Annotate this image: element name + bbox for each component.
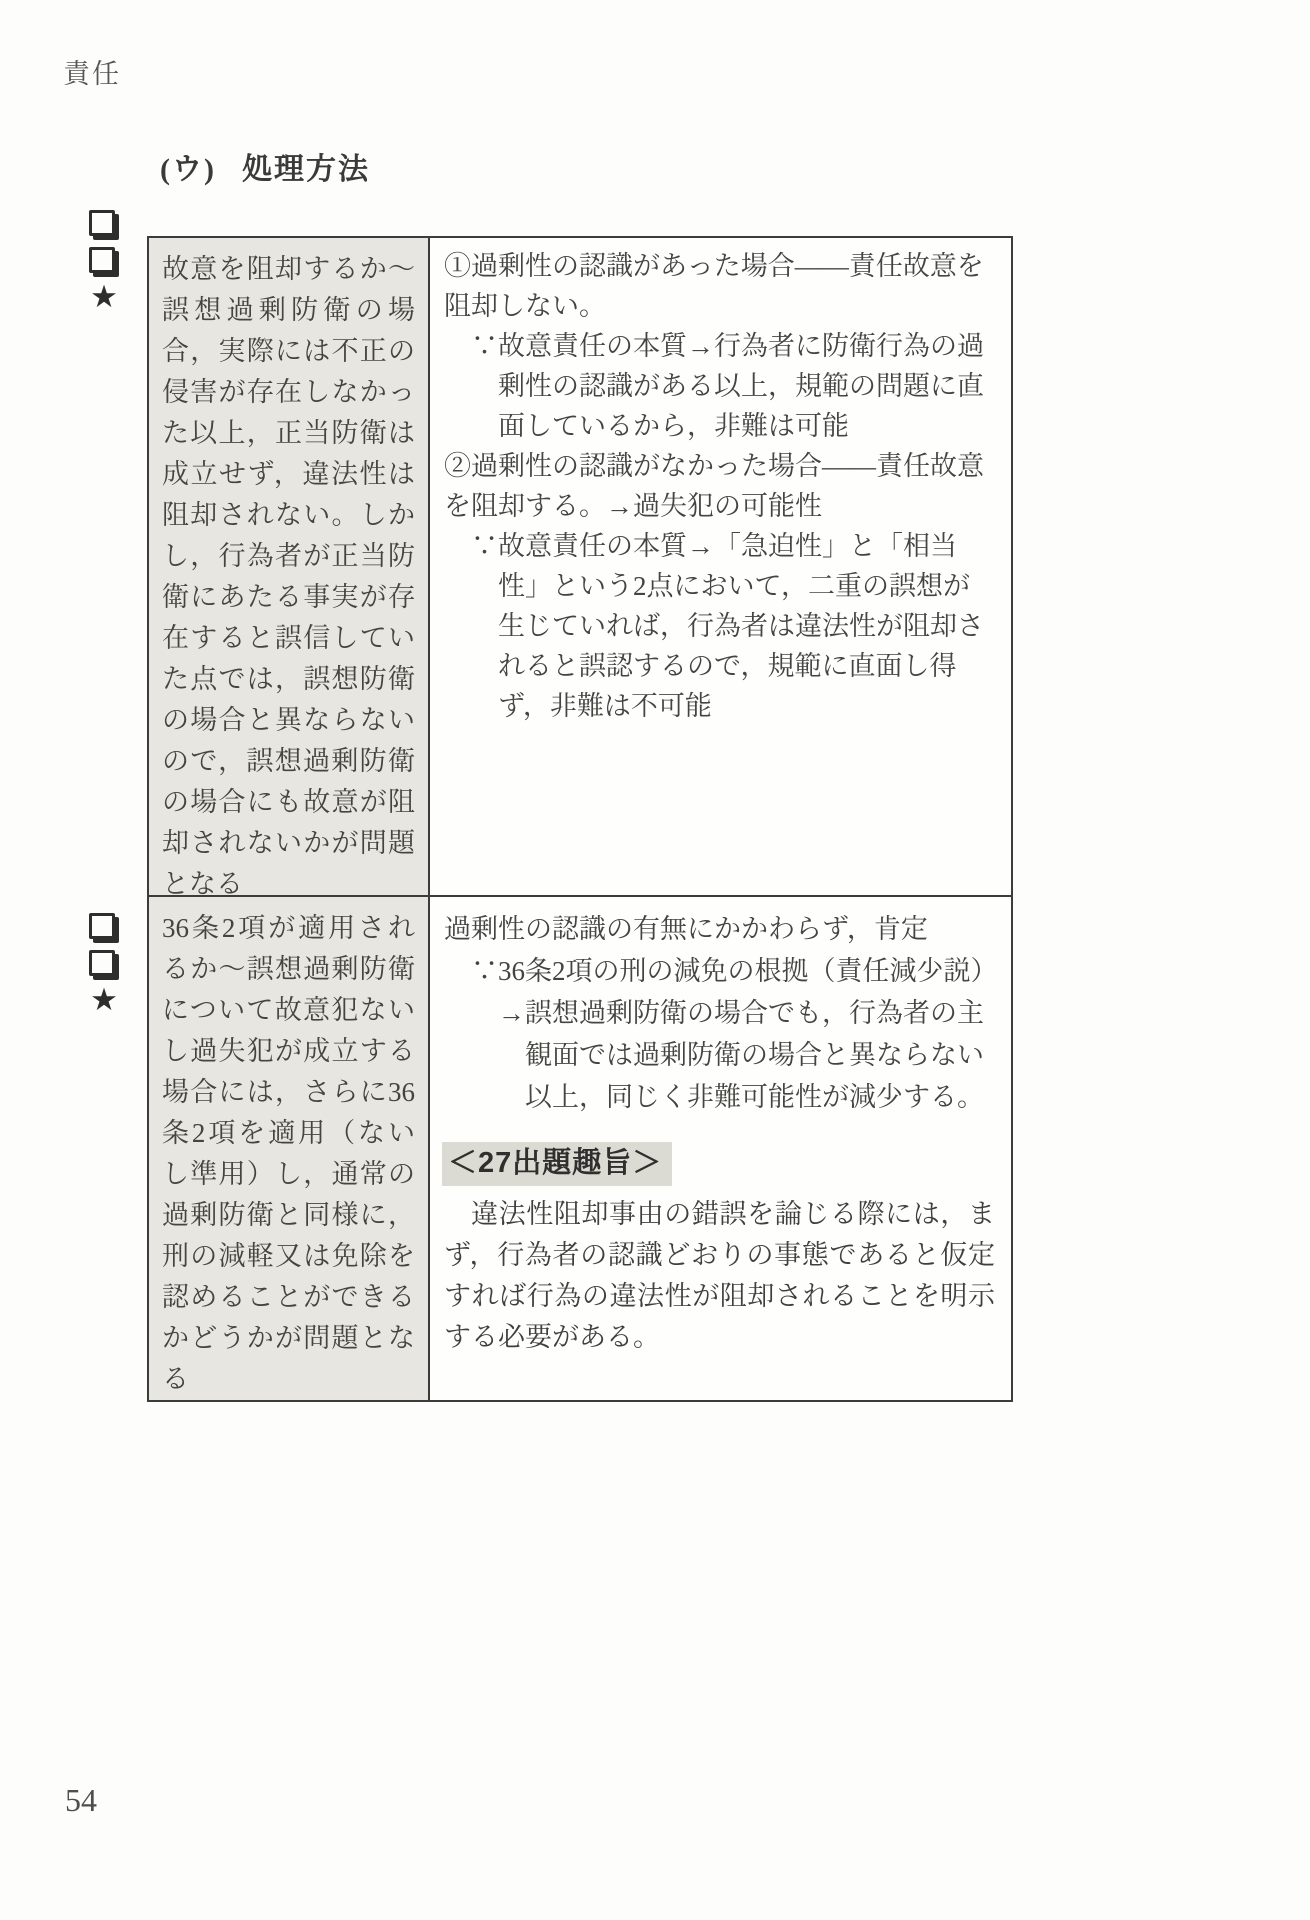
page-header: 責任	[63, 52, 121, 91]
analysis-line: ∵故意責任の本質→「急迫性」と「相当性」という2点において，二重の誤想が生じてい…	[444, 526, 995, 726]
analysis-line: ①過剰性の認識があった場合——責任故意を阻却しない。	[444, 246, 995, 326]
star-icon: ★	[90, 282, 118, 313]
section-label: (ウ)	[160, 153, 216, 186]
analysis-line: ∵36条2項の刑の減免の根拠（責任減少説）	[444, 950, 995, 992]
analysis-line: ∵故意責任の本質→行為者に防衛行為の過剰性の認識がある以上，規範の問題に直面して…	[444, 326, 995, 446]
row2-issue-text: 36条2項が適用されるか～誤想過剰防衛について故意犯ないし過失犯が成立する場合に…	[162, 913, 415, 1394]
checkbox-icon	[89, 950, 115, 976]
star-icon: ★	[90, 985, 118, 1016]
analysis-line: 過剰性の認識の有無にかかわらず，肯定	[444, 908, 995, 950]
checkbox-icon	[89, 210, 115, 236]
analysis-line: →誤想過剰防衛の場合でも，行為者の主観面では過剰防衛の場合と異ならない以上，同じ…	[444, 992, 995, 1118]
table-row2-analysis-cell: 過剰性の認識の有無にかかわらず，肯定 ∵36条2項の刑の減免の根拠（責任減少説）…	[430, 897, 1011, 1400]
row1-issue-text: 故意を阻却するか～誤想過剰防衛の場合，実際には不正の侵害が存在しなかった以上，正…	[162, 254, 415, 897]
analysis-line: ②過剰性の認識がなかった場合——責任故意を阻却する。→過失犯の可能性	[444, 446, 995, 526]
scanned-book-page: { "page": { "header": "責任", "section_lab…	[0, 0, 1310, 1920]
section-title: 処理方法	[242, 153, 370, 186]
table-row2-issue-cell: 36条2項が適用されるか～誤想過剰防衛について故意犯ないし過失犯が成立する場合に…	[149, 897, 430, 1400]
page-number: 54	[65, 1782, 97, 1819]
margin-markers-row1: ★	[84, 210, 124, 313]
section-heading: (ウ)処理方法	[160, 144, 370, 188]
table-row1-issue-cell: 故意を阻却するか～誤想過剰防衛の場合，実際には不正の侵害が存在しなかった以上，正…	[149, 238, 430, 897]
checkbox-icon	[89, 247, 115, 273]
margin-markers-row2: ★	[84, 913, 124, 1016]
exam-purpose-note: 違法性阻却事由の錯誤を論じる際には，まず，行為者の認識どおりの事態であると仮定す…	[444, 1194, 995, 1358]
summary-table: 故意を阻却するか～誤想過剰防衛の場合，実際には不正の侵害が存在しなかった以上，正…	[147, 236, 1013, 1402]
table-row1-analysis-cell: ①過剰性の認識があった場合——責任故意を阻却しない。 ∵故意責任の本質→行為者に…	[430, 238, 1011, 897]
exam-purpose-heading: ＜27出題趣旨＞	[442, 1142, 672, 1186]
checkbox-icon	[89, 913, 115, 939]
